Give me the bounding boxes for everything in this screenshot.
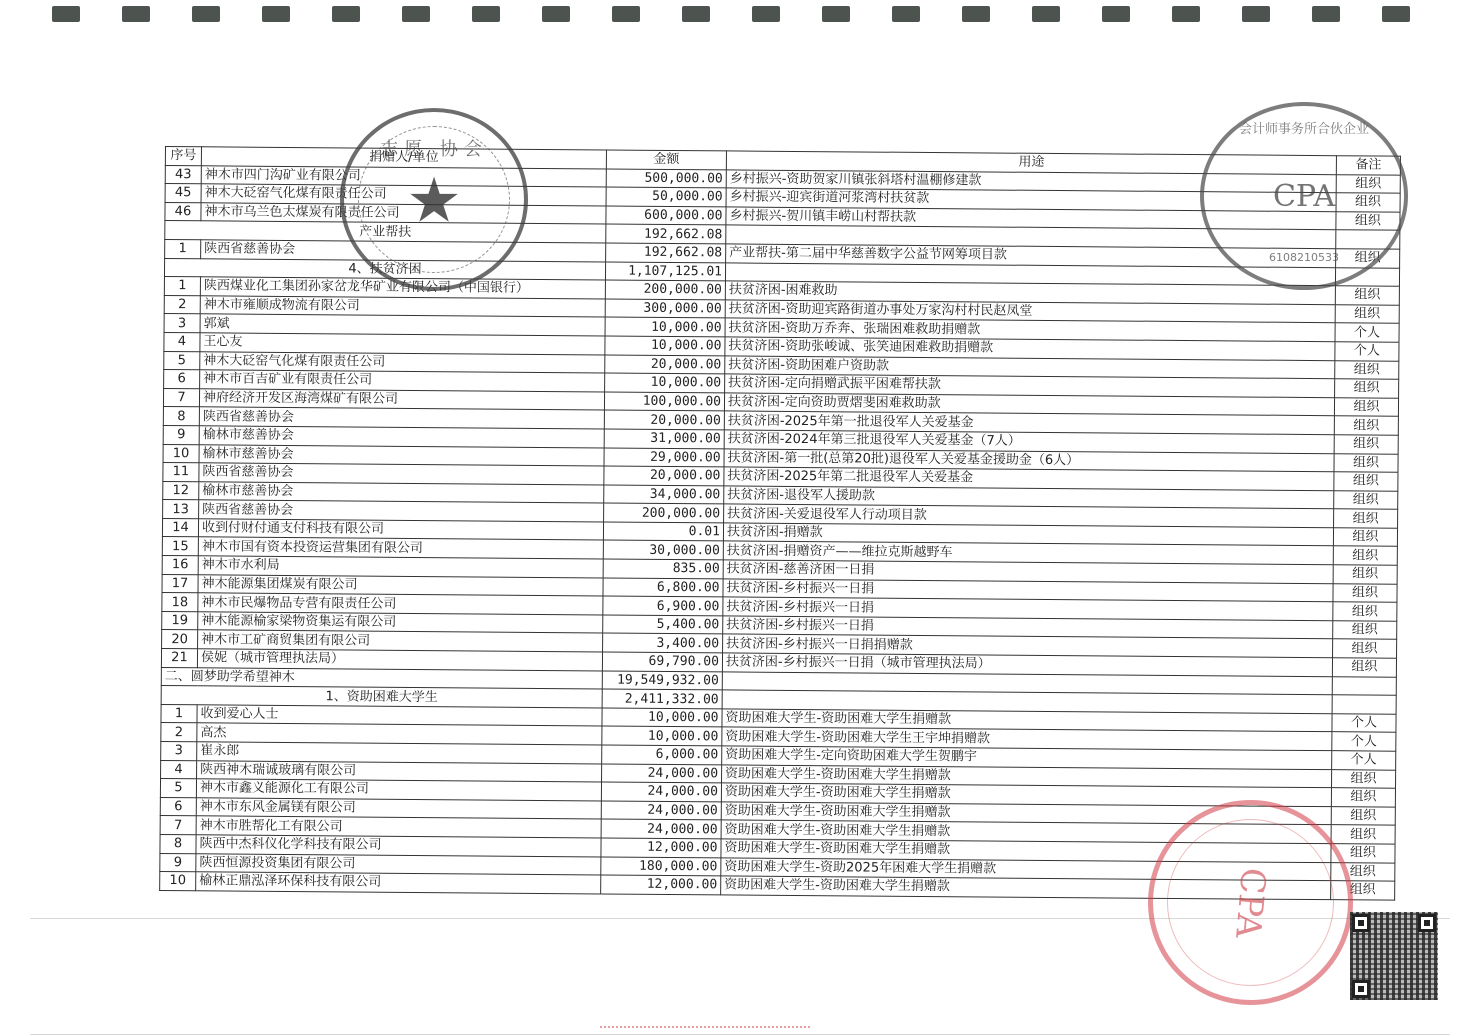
donation-ledger-table: 序号 捐赠人/单位 金额 用途 备注 43神木市四门沟矿业有限公司500,000… (159, 146, 1401, 900)
amount-value: 5,400.00 (603, 615, 723, 635)
remark-type (1332, 695, 1396, 714)
row-number: 3 (161, 741, 197, 760)
remark-type: 组织 (1334, 509, 1398, 528)
amount-value: 192,662.08 (606, 243, 726, 263)
remark-type (1335, 267, 1399, 286)
punch-mark (192, 6, 220, 22)
punch-mark (402, 6, 430, 22)
amount-value: 10,000.00 (605, 336, 725, 356)
remark-type: 组织 (1331, 844, 1395, 863)
row-number: 12 (163, 481, 199, 500)
amount-value: 100,000.00 (604, 392, 724, 412)
header-amount: 金额 (606, 150, 726, 170)
punch-mark (682, 6, 710, 22)
amount-value: 20,000.00 (604, 410, 724, 430)
row-number: 21 (161, 649, 197, 668)
row-number: 7 (160, 816, 196, 835)
remark-type: 个人 (1335, 342, 1399, 361)
remark-type (1336, 230, 1400, 249)
row-number: 10 (163, 444, 199, 463)
cpa-seal-arc-text: 会计师事务所合伙企业 (1204, 118, 1404, 137)
row-number: 6 (164, 370, 200, 389)
row-number: 5 (164, 351, 200, 370)
remark-type: 组织 (1333, 546, 1397, 565)
punch-mark (1172, 6, 1200, 22)
punch-mark (1102, 6, 1130, 22)
amount-value: 31,000.00 (604, 429, 724, 449)
remark-type: 个人 (1332, 713, 1396, 732)
amount-value: 12,000.00 (601, 875, 721, 895)
remark-type: 组织 (1336, 174, 1400, 193)
punch-mark (52, 6, 80, 22)
punch-mark (822, 6, 850, 22)
remark-type: 组织 (1333, 583, 1397, 602)
remark-type: 组织 (1336, 249, 1400, 268)
remark-type: 组织 (1334, 397, 1398, 416)
row-number: 45 (165, 184, 201, 203)
punch-mark (332, 6, 360, 22)
remark-type: 组织 (1333, 565, 1397, 584)
row-number: 1 (165, 239, 201, 258)
header-no: 序号 (165, 147, 201, 166)
purpose-text: 资助困难大学生-资助困难大学生捐赠款 (721, 876, 1331, 899)
row-number: 9 (160, 853, 196, 872)
amount-value: 10,000.00 (602, 708, 722, 728)
row-number: 8 (160, 834, 196, 853)
punch-mark (962, 6, 990, 22)
row-number: 7 (163, 388, 199, 407)
row-number: 43 (165, 165, 201, 184)
remark-type: 组织 (1333, 528, 1397, 547)
remark-type: 组织 (1335, 379, 1399, 398)
amount-value: 200,000.00 (605, 280, 725, 300)
row-number: 19 (162, 611, 198, 630)
amount-value: 300,000.00 (605, 299, 725, 319)
remark-type: 组织 (1331, 806, 1395, 825)
donation-ledger-sheet: 序号 捐赠人/单位 金额 用途 备注 43神木市四门沟矿业有限公司500,000… (159, 146, 1400, 900)
amount-value: 6,800.00 (603, 578, 723, 598)
remark-type: 组织 (1335, 360, 1399, 379)
row-number: 11 (163, 463, 199, 482)
subtotal-amount: 192,662.08 (606, 224, 726, 244)
row-number: 5 (160, 779, 196, 798)
scanner-punch-strip (0, 0, 1471, 30)
punch-mark (752, 6, 780, 22)
footer-seal-edge (600, 1026, 810, 1034)
remark-type: 组织 (1336, 193, 1400, 212)
row-number: 4 (164, 332, 200, 351)
amount-value: 180,000.00 (601, 857, 721, 877)
remark-type: 组织 (1331, 881, 1395, 900)
amount-value: 0.01 (603, 522, 723, 542)
punch-mark (1032, 6, 1060, 22)
punch-mark (1312, 6, 1340, 22)
amount-value: 34,000.00 (604, 485, 724, 505)
amount-value: 6,900.00 (603, 596, 723, 616)
punch-mark (542, 6, 570, 22)
row-number: 1 (161, 704, 197, 723)
remark-type: 组织 (1335, 304, 1399, 323)
donor-name: 榆林正鼎泓泽环保科技有限公司 (196, 872, 601, 894)
remark-type (1332, 676, 1396, 695)
amount-value: 24,000.00 (602, 764, 722, 784)
remark-type: 组织 (1331, 825, 1395, 844)
punch-mark (472, 6, 500, 22)
amount-value: 835.00 (603, 559, 723, 579)
row-number: 17 (162, 574, 198, 593)
remark-type: 组织 (1334, 453, 1398, 472)
row-number: 13 (163, 500, 199, 519)
punch-mark (892, 6, 920, 22)
amount-value: 29,000.00 (604, 447, 724, 467)
remark-type: 组织 (1335, 286, 1399, 305)
remark-type: 个人 (1332, 751, 1396, 770)
row-number: 4 (161, 760, 197, 779)
amount-value: 50,000.00 (606, 187, 726, 207)
row-number: 15 (162, 537, 198, 556)
row-number: 1 (164, 277, 200, 296)
remark-type: 组织 (1332, 658, 1396, 677)
row-number: 46 (165, 202, 201, 221)
row-number: 6 (160, 797, 196, 816)
subtotal-amount: 2,411,332.00 (602, 689, 722, 709)
punch-mark (1382, 6, 1410, 22)
amount-value: 12,000.00 (601, 838, 721, 858)
row-number: 14 (162, 518, 198, 537)
amount-value: 69,790.00 (602, 652, 722, 672)
remark-type: 组织 (1336, 211, 1400, 230)
remark-type: 组织 (1334, 435, 1398, 454)
remark-type: 个人 (1335, 323, 1399, 342)
amount-value: 10,000.00 (605, 373, 725, 393)
amount-value: 20,000.00 (605, 354, 725, 374)
amount-value: 10,000.00 (602, 726, 722, 746)
punch-mark (122, 6, 150, 22)
row-number: 2 (164, 295, 200, 314)
qr-code-icon[interactable] (1350, 912, 1438, 1000)
remark-type: 组织 (1331, 788, 1395, 807)
remark-type: 组织 (1331, 862, 1395, 881)
amount-value: 600,000.00 (606, 206, 726, 226)
row-number: 20 (162, 630, 198, 649)
row-number: 16 (162, 556, 198, 575)
remark-type: 个人 (1332, 732, 1396, 751)
section-amount: 19,549,932.00 (602, 671, 722, 691)
amount-value: 30,000.00 (603, 540, 723, 560)
punch-mark (612, 6, 640, 22)
amount-value: 24,000.00 (601, 801, 721, 821)
remark-type: 组织 (1333, 602, 1397, 621)
amount-value: 3,400.00 (603, 633, 723, 653)
header-remark: 备注 (1336, 156, 1400, 175)
remark-type: 组织 (1334, 416, 1398, 435)
subtotal-amount: 1,107,125.01 (605, 262, 725, 282)
remark-type: 组织 (1331, 769, 1395, 788)
punch-mark (262, 6, 290, 22)
remark-type: 组织 (1333, 639, 1397, 658)
amount-value: 24,000.00 (601, 782, 721, 802)
amount-value: 6,000.00 (602, 745, 722, 765)
scan-bottom-line (30, 1034, 1450, 1035)
row-number: 8 (163, 407, 199, 426)
row-number: 9 (163, 425, 199, 444)
row-number: 10 (160, 872, 196, 891)
amount-value: 20,000.00 (604, 466, 724, 486)
amount-value: 500,000.00 (606, 169, 726, 189)
remark-type: 组织 (1334, 490, 1398, 509)
remark-type: 组织 (1333, 621, 1397, 640)
remark-type: 组织 (1334, 472, 1398, 491)
amount-value: 200,000.00 (604, 503, 724, 523)
punch-mark (1242, 6, 1270, 22)
row-number: 18 (162, 593, 198, 612)
scan-fold-line (30, 918, 1450, 919)
row-number: 2 (161, 723, 197, 742)
row-number: 3 (164, 314, 200, 333)
amount-value: 10,000.00 (605, 317, 725, 337)
amount-value: 24,000.00 (601, 819, 721, 839)
